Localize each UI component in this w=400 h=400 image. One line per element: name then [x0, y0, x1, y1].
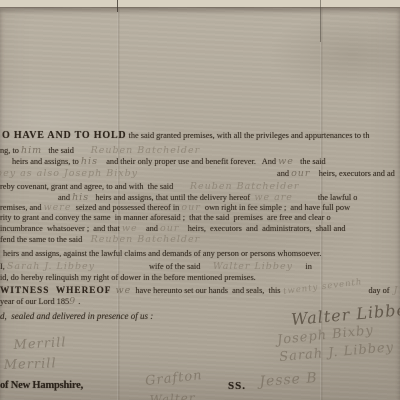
document-line: ng, to him the said Reuben Batchelder — [0, 146, 200, 155]
handwritten-text: we — [111, 285, 131, 296]
handwritten-text: we are — [254, 192, 293, 203]
handwritten-text: we — [122, 223, 138, 234]
witness-signature-merrill-2: Merrill — [3, 356, 56, 373]
document-line: heirs and assigns, against the lawful cl… — [3, 249, 321, 258]
printed-text: the said granted premises, with all the … — [126, 131, 369, 140]
printed-text: and — [58, 193, 72, 202]
printed-text: reby covenant, grant and agree, to and w… — [0, 182, 190, 191]
ss-label: SS. — [228, 380, 246, 392]
handwritten-text: J — [394, 285, 399, 296]
handwritten-text: Reuben Batchelder — [190, 181, 300, 192]
printed-text: and — [138, 169, 291, 178]
handwritten-cutoff-bottom: Walter — [149, 391, 196, 400]
state-label: of New Hampshire, — [0, 380, 83, 391]
printed-text: seized and possessed thereof in — [71, 203, 181, 212]
document-line: and his heirs and assigns, that until th… — [58, 193, 357, 202]
handwritten-text: Reuben Batchelder — [91, 145, 201, 156]
document-line: I, Sarah J. Libbey wife of the said Walt… — [0, 262, 312, 271]
document-line: d, sealed and delivered in presence of u… — [0, 312, 153, 321]
printed-text: I, — [0, 262, 7, 271]
document-line: reby covenant, grant and agree, to and w… — [0, 182, 299, 191]
handwritten-text: our — [291, 168, 310, 179]
printed-text: heirs and assigns, that until the delive… — [89, 193, 254, 202]
document-line: bey as also Joseph Bixby and our heirs, … — [0, 169, 395, 178]
printed-text: d, sealed and delivered in presence of u… — [0, 311, 153, 321]
handwritten-text: Sarah J. Libbey — [7, 261, 95, 272]
printed-text: wife of the said — [95, 262, 213, 271]
document-line: fend the same to the said Reuben Batchel… — [0, 235, 200, 244]
printed-text: day of — [362, 286, 393, 295]
printed-text: WITNESS WHEREOF — [0, 286, 111, 296]
fold-edge-mark — [117, 0, 118, 12]
printed-text: heirs and assigns, against the lawful cl… — [3, 249, 321, 258]
witness-signature-merrill-1: Merrill — [13, 335, 67, 353]
handwritten-text: him — [21, 145, 42, 156]
printed-text: heirs, executors and administrators, sha… — [179, 224, 345, 233]
document-line: WITNESS WHEREOF we have hereunto set our… — [0, 286, 398, 296]
document-line: year of our Lord 1859 . — [0, 297, 80, 306]
handwritten-text: his — [81, 156, 98, 167]
printed-text: and their only proper use and benefit fo… — [98, 157, 278, 166]
printed-text: ng, to — [0, 146, 21, 155]
printed-text: id, do hereby relinquish my right of dow… — [0, 273, 256, 282]
printed-text: the said — [42, 146, 90, 155]
printed-text: incumbrance whatsoever ; and that — [0, 224, 122, 233]
printed-text: rity to grant and convey the same in man… — [0, 213, 331, 222]
printed-text: heirs and assigns, to — [12, 157, 81, 166]
printed-text: remises, and — [0, 203, 44, 212]
handwritten-text: Walter Libbey — [213, 261, 293, 272]
handwritten-text: bey as also Joseph Bixby — [0, 168, 138, 179]
printed-text: the lawful o — [293, 193, 358, 202]
printed-text: and — [138, 224, 160, 233]
printed-text: the said — [294, 157, 326, 166]
printed-text: have hereunto set our hands and seals, t… — [131, 286, 282, 295]
handwritten-text: Reuben Batchelder — [91, 234, 201, 245]
printed-text: year of our Lord 185 — [0, 297, 69, 306]
printed-text: . — [76, 297, 80, 306]
handwritten-text: we — [278, 156, 294, 167]
document-line: remises, and were seized and possessed t… — [0, 203, 350, 212]
document-line: rity to grant and convey the same in man… — [0, 213, 331, 222]
document-line: incumbrance whatsoever ; and that we and… — [0, 224, 346, 233]
handwritten-text: his — [72, 192, 89, 203]
document-line: id, do hereby relinquish my right of dow… — [0, 273, 256, 282]
printed-text: in — [293, 262, 312, 271]
document-line: heirs and assigns, to his and their only… — [12, 157, 326, 166]
document-line: O HAVE AND TO HOLD the said granted prem… — [2, 131, 370, 140]
document-photo: O HAVE AND TO HOLD the said granted prem… — [0, 0, 400, 400]
handwritten-text: our — [160, 223, 179, 234]
printed-text: heirs, executors and ad — [310, 169, 394, 178]
fold-edge-mark — [320, 0, 321, 42]
printed-text: own right in fee simple ; and have full … — [201, 203, 350, 212]
printed-text: O HAVE AND TO HOLD — [2, 130, 126, 141]
handwritten-text: were — [44, 202, 72, 213]
handwritten-text: our — [181, 202, 200, 213]
printed-text: fend the same to the said — [0, 235, 91, 244]
